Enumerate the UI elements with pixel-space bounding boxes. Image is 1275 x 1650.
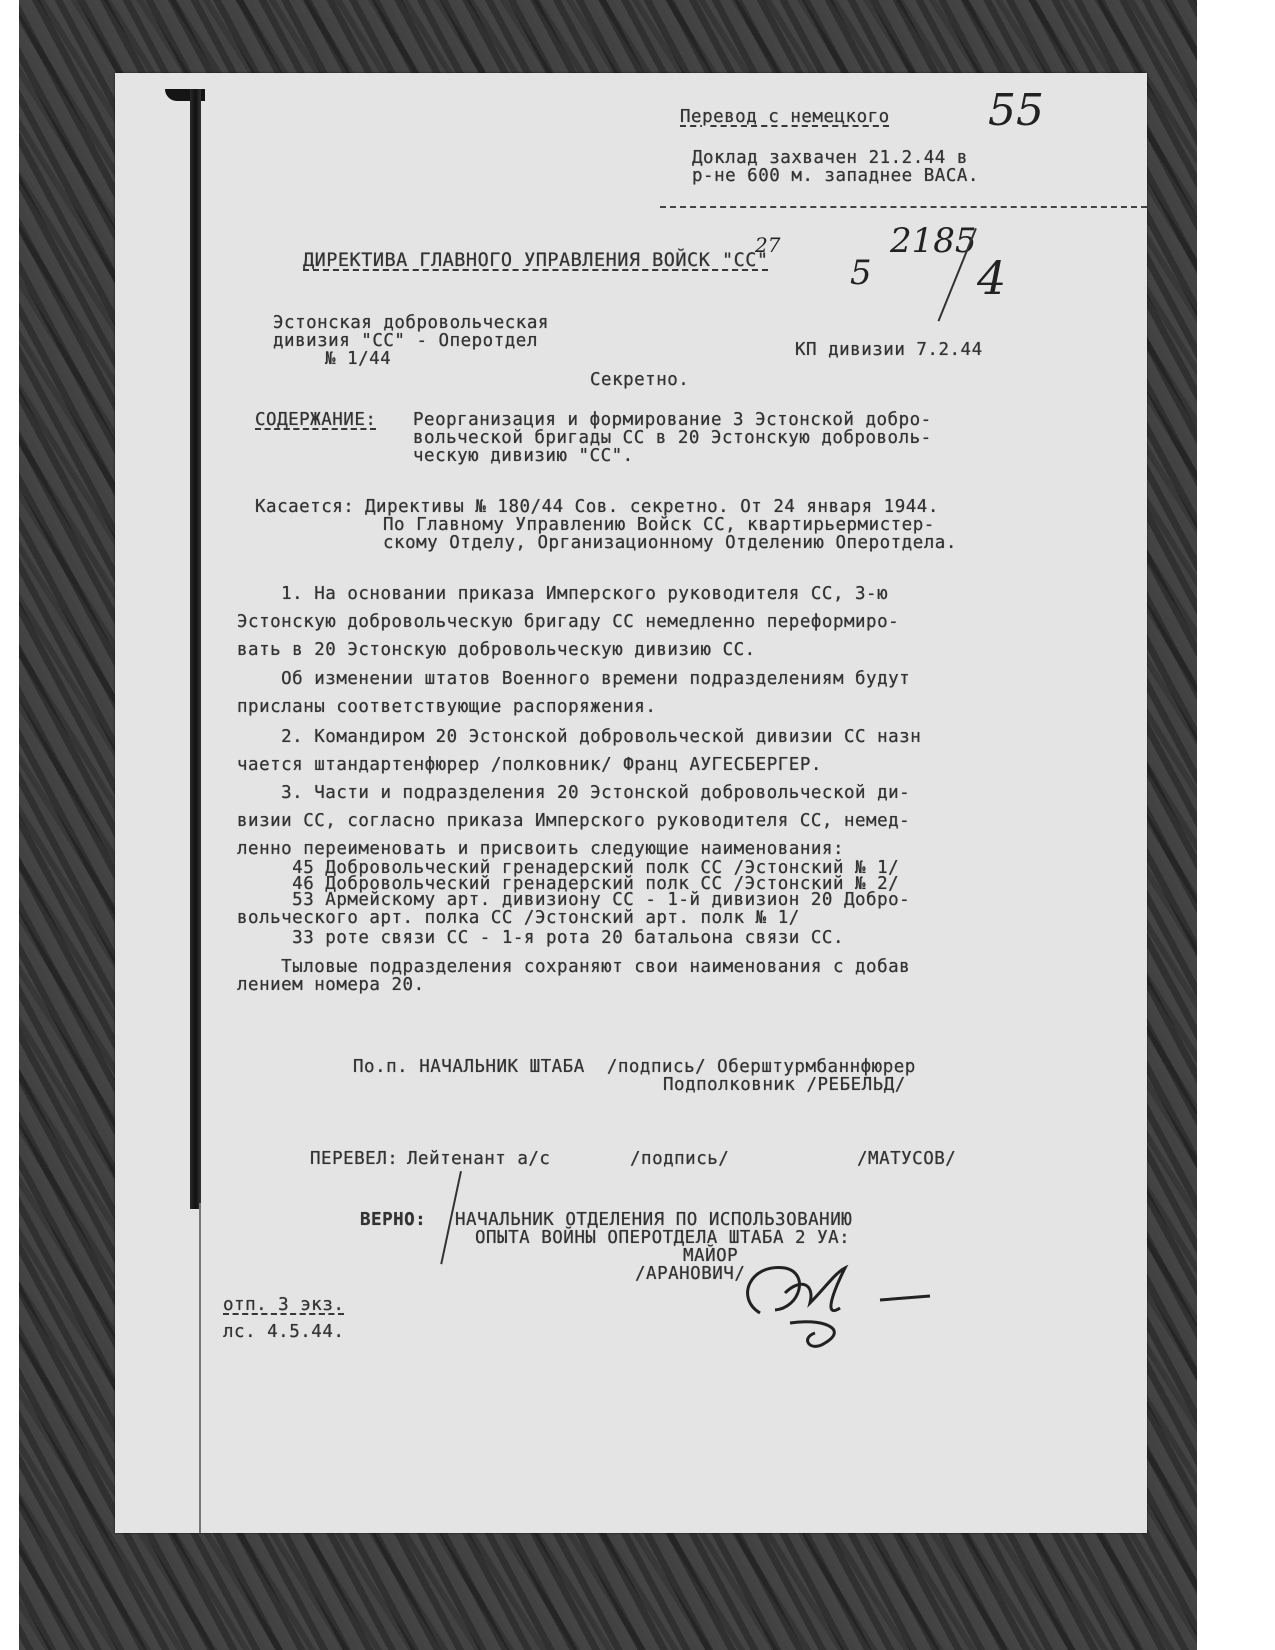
binder-strip	[190, 89, 201, 1209]
handwritten-page-number: 55	[988, 85, 1044, 136]
body-line: 2. Командиром 20 Эстонской добровольческ…	[237, 728, 921, 747]
location-date: КП дивизии 7.2.44	[795, 341, 983, 360]
capture-note-line-2: р-не 600 м. западнее ВАСА.	[692, 167, 979, 186]
handwritten-sheet: 4	[977, 251, 1006, 305]
reference-line-3: скому Отделу, Организационному Отделению…	[383, 534, 957, 553]
handwritten-mark: 5	[850, 253, 872, 293]
translator-label: ПЕРЕВЕЛ:	[310, 1150, 398, 1169]
body-line: 3. Части и подразделения 20 Эстонской до…	[237, 784, 910, 803]
sender-number: № 1/44	[325, 350, 391, 369]
certification-name: /АРАНОВИЧ/	[635, 1265, 745, 1284]
body-line: лением номера 20.	[237, 976, 425, 995]
body-line: 33 роте связи СС - 1-я рота 20 батальона…	[237, 929, 844, 948]
body-line: визии СС, согласно приказа Имперского ру…	[237, 812, 910, 831]
body-line: 1. На основании приказа Имперского руков…	[237, 585, 888, 604]
header-divider	[660, 206, 1147, 208]
body-line: чается штандартенфюрер /полковник/ Франц…	[237, 756, 822, 775]
binder-line	[199, 1203, 201, 1533]
footer-ref: лс. 4.5.44.	[223, 1323, 344, 1342]
translator-signature: /подпись/	[630, 1150, 729, 1169]
body-line: ленно переименовать и присвоить следующи…	[237, 840, 844, 859]
body-line: присланы соответствующие распоряжения.	[237, 698, 656, 717]
subject-line-3: ческую дивизию "СС".	[413, 447, 634, 466]
body-line: вольческого арт. полка СС /Эстонский арт…	[237, 909, 800, 928]
translator-rank: Лейтенант а/с	[407, 1150, 550, 1169]
body-line: Эстонскую добровольческую бригаду СС нем…	[237, 613, 899, 632]
certification-label: ВЕРНО:	[360, 1211, 426, 1230]
translation-note: Перевод с немецкого	[680, 108, 890, 127]
signature-line-2: Подполковник /РЕБЕЛЬД/	[663, 1076, 906, 1095]
document-title: ДИРЕКТИВА ГЛАВНОГО УПРАВЛЕНИЯ ВОЙСК "СС"	[303, 251, 769, 270]
body-line: Об изменении штатов Военного времени под…	[237, 670, 910, 689]
subject-label: СОДЕРЖАНИЕ:	[255, 411, 376, 430]
body-line: вать в 20 Эстонскую добровольческую диви…	[237, 641, 756, 660]
handwritten-signature	[730, 1238, 950, 1368]
handwritten-mark-top: 27	[755, 233, 780, 257]
translator-name: /МАТУСОВ/	[857, 1150, 956, 1169]
document-page: Перевод с немецкого Доклад захвачен 21.2…	[115, 73, 1147, 1533]
reference-label: Касается:	[255, 498, 354, 517]
sender-line-2: дивизия "СС" - Оперотдел	[273, 332, 538, 351]
copies-note: отп. 3 экз.	[223, 1296, 344, 1315]
classification: Секретно.	[590, 371, 689, 390]
